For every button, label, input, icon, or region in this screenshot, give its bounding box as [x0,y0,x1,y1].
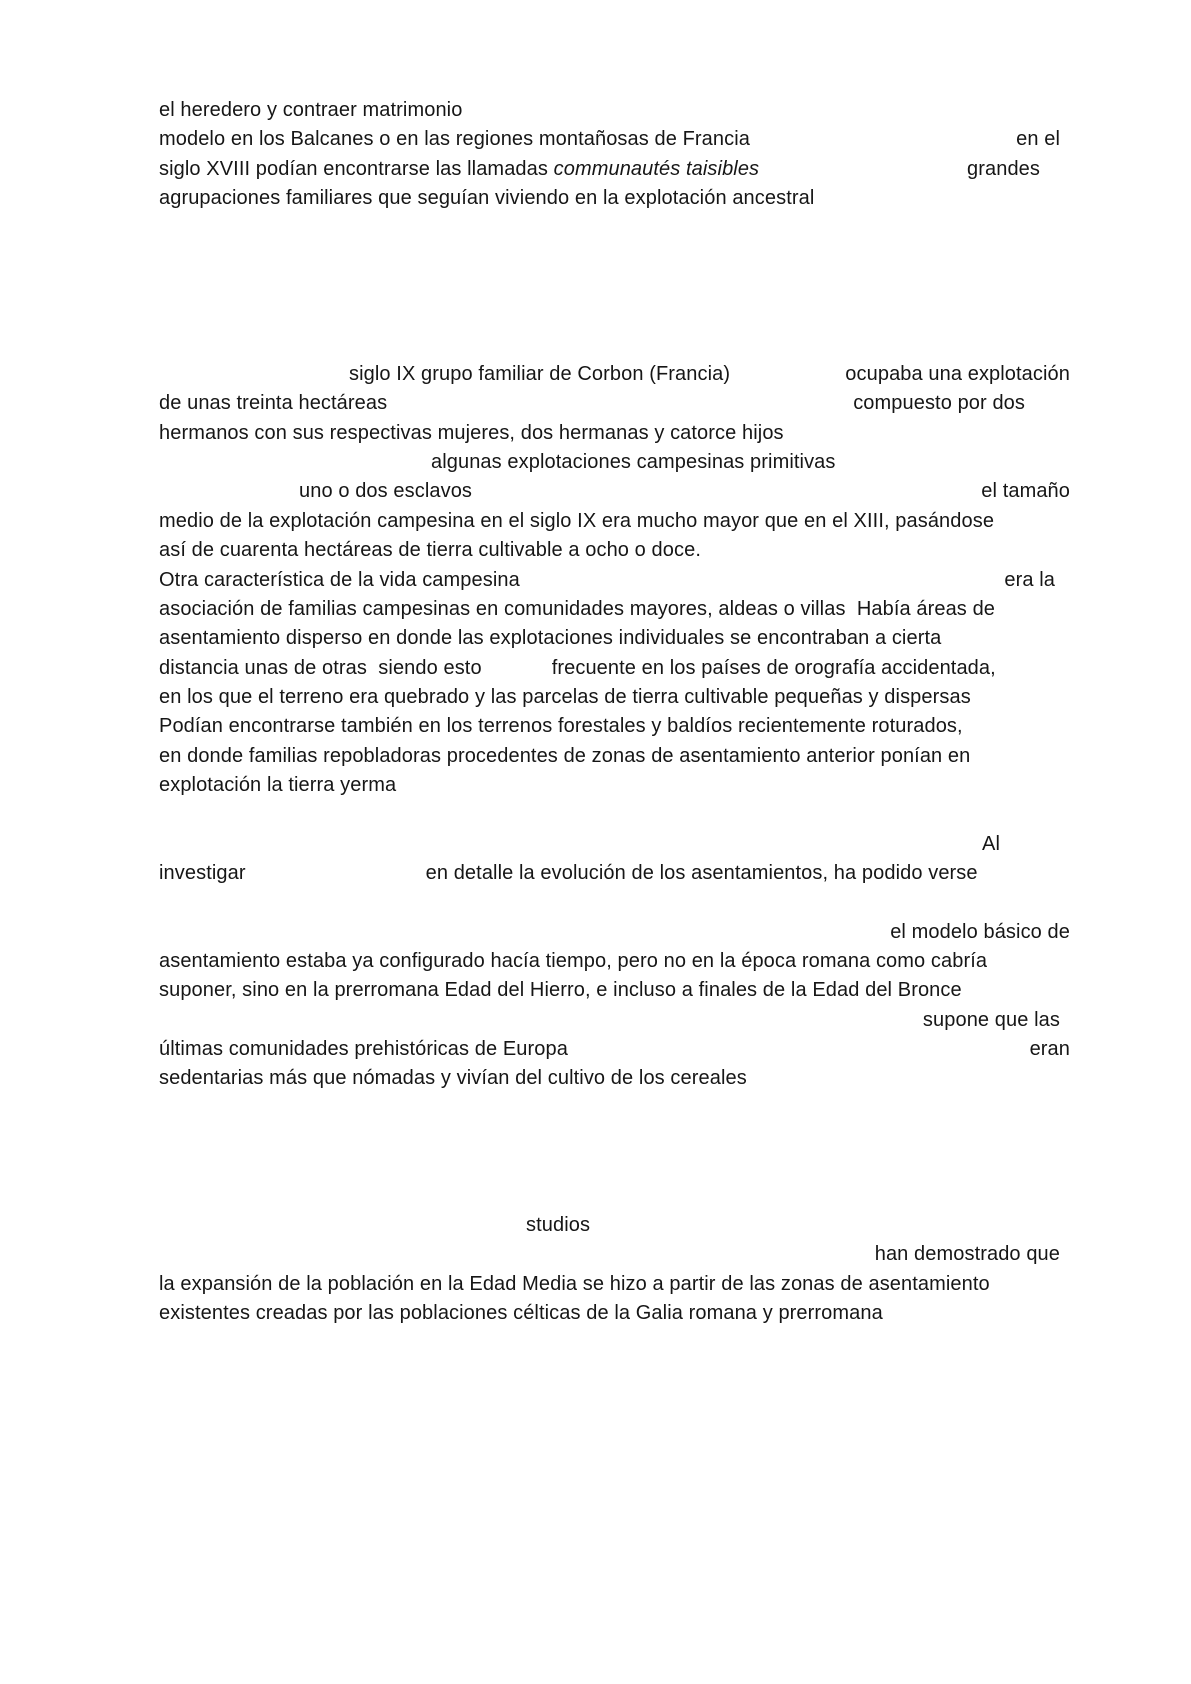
right-text-segment: han demostrado que [875,1240,1060,1269]
text-line: Podían encontrarse también en los terren… [159,712,1070,741]
blank-line [159,213,1070,242]
text-line: explotación la tierra yerma [159,771,1070,800]
right-text-segment: compuesto por dos [853,389,1025,418]
text-segment: asentamiento estaba ya configurado hacía… [159,947,987,976]
text-segment: suponer, sino en la prerromana Edad del … [159,976,962,1005]
blank-line [159,243,1070,272]
blank-line [159,888,1070,917]
text-line: distancia unas de otras siendo estofrecu… [159,654,1070,683]
blank-line [159,301,1070,330]
text-segment: sedentarias más que nómadas y vivían del… [159,1064,747,1093]
text-line: medio de la explotación campesina en el … [159,507,1070,536]
text-gap [482,673,552,674]
text-segment: en donde familias repobladoras procedent… [159,742,970,771]
text-line: en los que el terreno era quebrado y las… [159,683,1070,712]
right-text-segment: Al [982,830,1000,859]
right-text-segment: en el [1016,125,1060,154]
blank-line [159,272,1070,301]
text-segment: modelo en los Balcanes o en las regiones… [159,125,750,154]
text-line: así de cuarenta hectáreas de tierra cult… [159,536,1070,565]
text-line: agrupaciones familiares que seguían vivi… [159,184,1070,213]
blank-line [159,1094,1070,1123]
text-line: supone que las [159,1006,1070,1035]
blank-line [159,1152,1070,1181]
text-segment: studios [526,1211,590,1240]
text-segment: la expansión de la población en la Edad … [159,1270,990,1299]
text-line: el heredero y contraer matrimonio [159,96,1070,125]
text-segment: siglo IX grupo familiar de Corbon (Franc… [349,360,730,389]
blank-line [159,331,1070,360]
text-line: el modelo básico de [159,918,1070,947]
text-line: últimas comunidades prehistóricas de Eur… [159,1035,1070,1064]
right-text-segment: el modelo básico de [890,918,1070,947]
text-segment: Otra característica de la vida campesina [159,566,520,595]
text-line: la expansión de la población en la Edad … [159,1270,1070,1299]
text-segment: hermanos con sus respectivas mujeres, do… [159,419,784,448]
text-segment: agrupaciones familiares que seguían vivi… [159,184,814,213]
text-line: asociación de familias campesinas en com… [159,595,1070,624]
text-line: Al [159,830,1070,859]
text-segment: communautés taisibles [554,155,760,184]
text-segment: medio de la explotación campesina en el … [159,507,994,536]
text-line: uno o dos esclavosel tamaño [159,477,1070,506]
text-line: siglo XVIII podían encontrarse las llama… [159,155,1070,184]
text-segment: frecuente en los países de orografía acc… [552,654,996,683]
text-segment: uno o dos esclavos [299,477,472,506]
text-segment: siglo XVIII podían encontrarse las llama… [159,155,554,184]
text-line: Otra característica de la vida campesina… [159,566,1070,595]
text-segment: últimas comunidades prehistóricas de Eur… [159,1035,568,1064]
text-line: algunas explotaciones campesinas primiti… [159,448,1070,477]
text-line: han demostrado que [159,1240,1070,1269]
text-segment: así de cuarenta hectáreas de tierra cult… [159,536,701,565]
text-segment: investigar [159,859,246,888]
text-segment: en los que el terreno era quebrado y las… [159,683,971,712]
text-line: investigaren detalle la evolución de los… [159,859,1070,888]
blank-line [159,1123,1070,1152]
right-text-segment: supone que las [923,1006,1060,1035]
text-segment: algunas explotaciones campesinas primiti… [431,448,836,477]
right-text-segment: el tamaño [981,477,1070,506]
text-segment: explotación la tierra yerma [159,771,396,800]
right-text-segment: eran [1030,1035,1070,1064]
text-segment: el heredero y contraer matrimonio [159,96,462,125]
text-line: asentamiento disperso en donde las explo… [159,624,1070,653]
text-segment: existentes creadas por las poblaciones c… [159,1299,883,1328]
text-segment: Podían encontrarse también en los terren… [159,712,963,741]
text-line: hermanos con sus respectivas mujeres, do… [159,419,1070,448]
text-block: el heredero y contraer matrimoniomodelo … [159,96,1070,1328]
blank-line [159,800,1070,829]
text-segment: asociación de familias campesinas en com… [159,595,995,624]
text-segment: distancia unas de otras siendo esto [159,654,482,683]
text-line: studios [159,1211,1070,1240]
text-line: modelo en los Balcanes o en las regiones… [159,125,1070,154]
text-line: siglo IX grupo familiar de Corbon (Franc… [159,360,1070,389]
text-line: en donde familias repobladoras procedent… [159,742,1070,771]
text-line: sedentarias más que nómadas y vivían del… [159,1064,1070,1093]
text-segment: asentamiento disperso en donde las explo… [159,624,941,653]
text-line: suponer, sino en la prerromana Edad del … [159,976,1070,1005]
text-line: asentamiento estaba ya configurado hacía… [159,947,1070,976]
right-text-segment: era la [1004,566,1055,595]
text-segment: de unas treinta hectáreas [159,389,387,418]
blank-line [159,1182,1070,1211]
text-line: existentes creadas por las poblaciones c… [159,1299,1070,1328]
right-text-segment: ocupaba una explotación [845,360,1070,389]
text-line: de unas treinta hectáreascompuesto por d… [159,389,1070,418]
document-page: el heredero y contraer matrimoniomodelo … [0,0,1191,1684]
text-segment: en detalle la evolución de los asentamie… [426,859,978,888]
right-text-segment: grandes [967,155,1040,184]
text-gap [246,878,426,879]
